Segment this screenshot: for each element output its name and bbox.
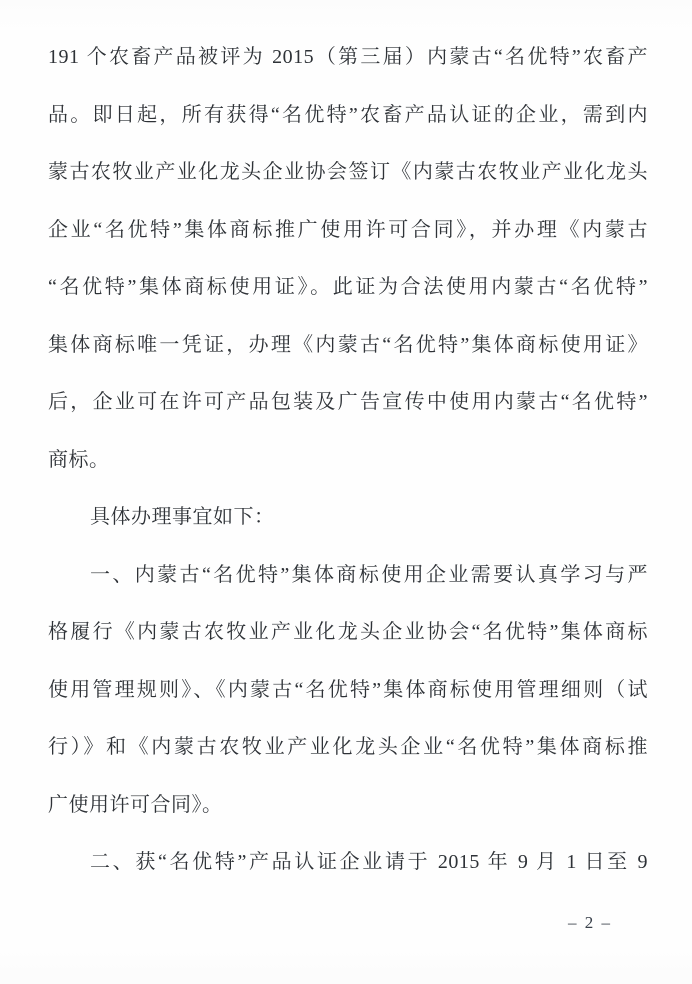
document-line: 后，企业可在许可产品包装及广告宣传中使用内蒙古“名优特”: [48, 374, 648, 432]
document-line: 191 个农畜产品被评为 2015（第三届）内蒙古“名优特”农畜产: [48, 29, 648, 87]
document-line: 品。即日起，所有获得“名优特”农畜产品认证的企业，需到内: [48, 87, 648, 145]
document-body: 191 个农畜产品被评为 2015（第三届）内蒙古“名优特”农畜产 品。即日起，…: [48, 29, 648, 892]
document-line: 行）》和《内蒙古农牧业产业化龙头企业“名优特”集体商标推: [48, 719, 648, 777]
document-line: 二、获“名优特”产品认证企业请于 2015 年 9 月 1 日至 9: [48, 834, 648, 892]
document-line: 蒙古农牧业产业化龙头企业协会签订《内蒙古农牧业产业化龙头: [48, 144, 648, 202]
page-number: – 2 –: [568, 913, 612, 933]
document-line: 集体商标唯一凭证，办理《内蒙古“名优特”集体商标使用证》: [48, 317, 648, 375]
document-line: “名优特”集体商标使用证》。此证为合法使用内蒙古“名优特”: [48, 259, 648, 317]
document-page: 191 个农畜产品被评为 2015（第三届）内蒙古“名优特”农畜产 品。即日起，…: [0, 0, 692, 984]
document-line: 广使用许可合同》。: [48, 777, 648, 835]
document-line: 使用管理规则》、《内蒙古“名优特”集体商标使用管理细则（试: [48, 662, 648, 720]
document-line: 格履行《内蒙古农牧业产业化龙头企业协会“名优特”集体商标: [48, 604, 648, 662]
document-line: 一、内蒙古“名优特”集体商标使用企业需要认真学习与严: [48, 547, 648, 605]
document-line: 具体办理事宜如下：: [48, 489, 648, 547]
document-line: 商标。: [48, 432, 648, 490]
document-line: 企业“名优特”集体商标推广使用许可合同》，并办理《内蒙古: [48, 202, 648, 260]
